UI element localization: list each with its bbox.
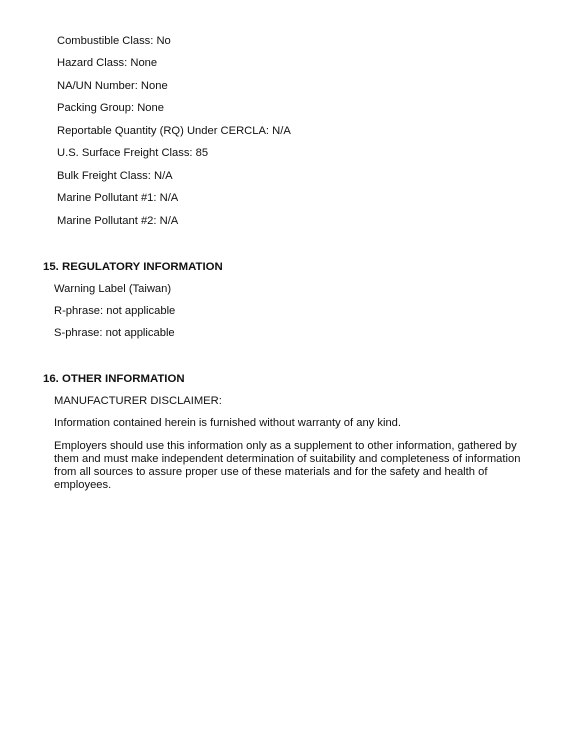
packing-group: Packing Group: None (57, 101, 164, 115)
reportable-quantity: Reportable Quantity (RQ) Under CERCLA: N… (57, 124, 291, 138)
bulk-freight-class: Bulk Freight Class: N/A (57, 169, 173, 183)
s-phrase: S-phrase: not applicable (54, 326, 175, 340)
disclaimer-title: MANUFACTURER DISCLAIMER: (54, 394, 222, 408)
section-15-heading: 15. REGULATORY INFORMATION (43, 260, 223, 274)
marine-pollutant-1: Marine Pollutant #1: N/A (57, 191, 178, 205)
warning-label: Warning Label (Taiwan) (54, 282, 171, 296)
hazard-class: Hazard Class: None (57, 56, 157, 70)
surface-freight-class: U.S. Surface Freight Class: 85 (57, 146, 208, 160)
marine-pollutant-2: Marine Pollutant #2: N/A (57, 214, 178, 228)
document-page: Combustible Class: No Hazard Class: None… (0, 0, 580, 750)
disclaimer-paragraph-2: Employers should use this information on… (54, 440, 534, 492)
combustible-class: Combustible Class: No (57, 34, 171, 48)
r-phrase: R-phrase: not applicable (54, 304, 175, 318)
na-un-number: NA/UN Number: None (57, 79, 168, 93)
disclaimer-paragraph-1: Information contained herein is furnishe… (54, 417, 534, 430)
section-16-heading: 16. OTHER INFORMATION (43, 372, 185, 386)
